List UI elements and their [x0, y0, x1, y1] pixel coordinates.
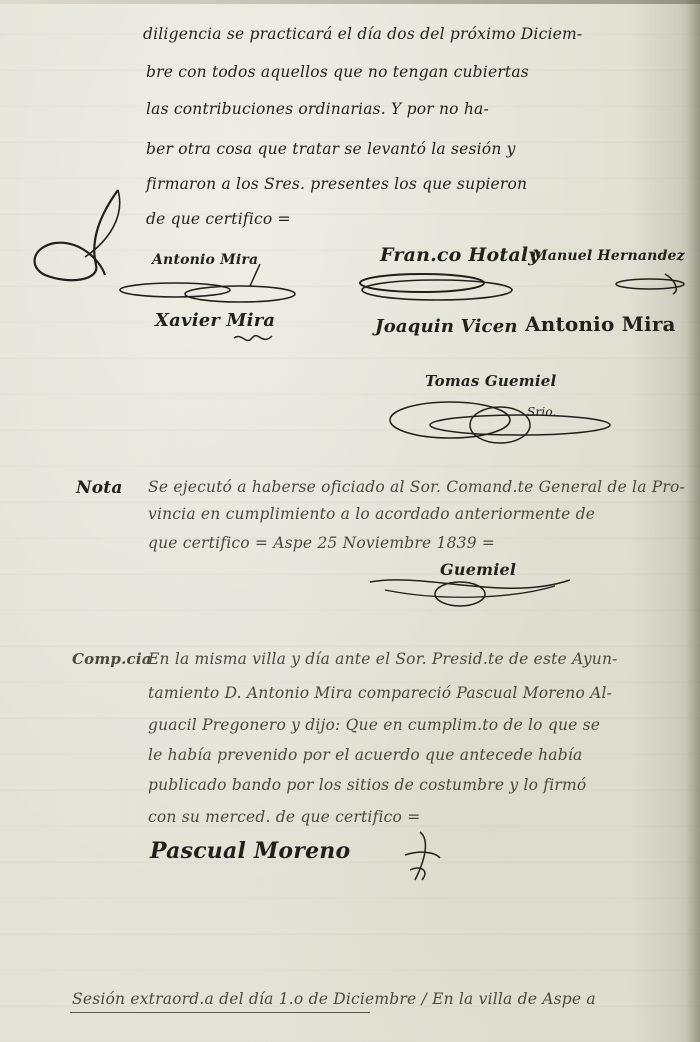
signature-xavier-mira: Xavier Mira [155, 310, 275, 331]
heading-underline [70, 1012, 370, 1013]
nota-line: Se ejecutó a haberse oficiado al Sor. Co… [148, 478, 685, 496]
rubric-flourish [232, 330, 277, 348]
rubric-flourish [115, 272, 305, 312]
page-binding-shadow [686, 0, 700, 1042]
body-line: bre con todos aquellos que no tengan cub… [146, 63, 529, 81]
body-line: de que certifico = [146, 210, 291, 228]
margin-label-nota: Nota [76, 478, 123, 498]
nota-line: que certifico = Aspe 25 Noviembre 1839 = [148, 534, 495, 552]
margin-label-comparecencia: Comp.cia [72, 650, 152, 668]
body-line: ber otra cosa que tratar se levantó la s… [146, 140, 516, 158]
signature-manuel-hernandez: Manuel Hernandez [532, 248, 685, 264]
comparecencia-line: le había prevenido por el acuerdo que an… [148, 746, 582, 764]
comparecencia-line: publicado bando por los sitios de costum… [148, 776, 586, 794]
signature-antonio-mira: Antonio Mira [152, 252, 258, 268]
manuscript-page: diligencia se practicará el día dos del … [0, 0, 700, 1042]
body-line: firmaron a los Sres. presentes los que s… [146, 175, 527, 193]
signature-antonio-mira-2: Antonio Mira [525, 312, 676, 336]
rubric-flourish [400, 830, 445, 885]
rubric-flourish [365, 572, 575, 612]
nota-line: vincia en cumplimiento a lo acordado ant… [148, 505, 595, 523]
signature-francisco: Fran.co Hotaly [380, 244, 540, 266]
footer-session-heading: Sesión extraord.a del día 1.o de Diciemb… [72, 990, 596, 1008]
signature-secretary: Tomas Guemiel [425, 372, 556, 390]
body-line: las contribuciones ordinarias. Y por no … [146, 100, 489, 118]
rubric-flourish [370, 395, 610, 455]
comparecencia-line: guacil Pregonero y dijo: Que en cumplim.… [148, 716, 600, 734]
comparecencia-line: En la misma villa y día ante el Sor. Pre… [148, 650, 618, 668]
body-line: diligencia se practicará el día dos del … [143, 25, 582, 43]
signature-joaquin-vicen: Joaquin Vicen [375, 316, 518, 337]
signature-pascual-moreno: Pascual Moreno [150, 838, 350, 864]
rubric-flourish [352, 268, 522, 308]
page-top-edge [0, 0, 700, 4]
comparecencia-line: tamiento D. Antonio Mira compareció Pasc… [148, 684, 612, 702]
rubric-flourish [615, 272, 700, 297]
comparecencia-line: con su merced. de que certifico = [148, 808, 420, 826]
